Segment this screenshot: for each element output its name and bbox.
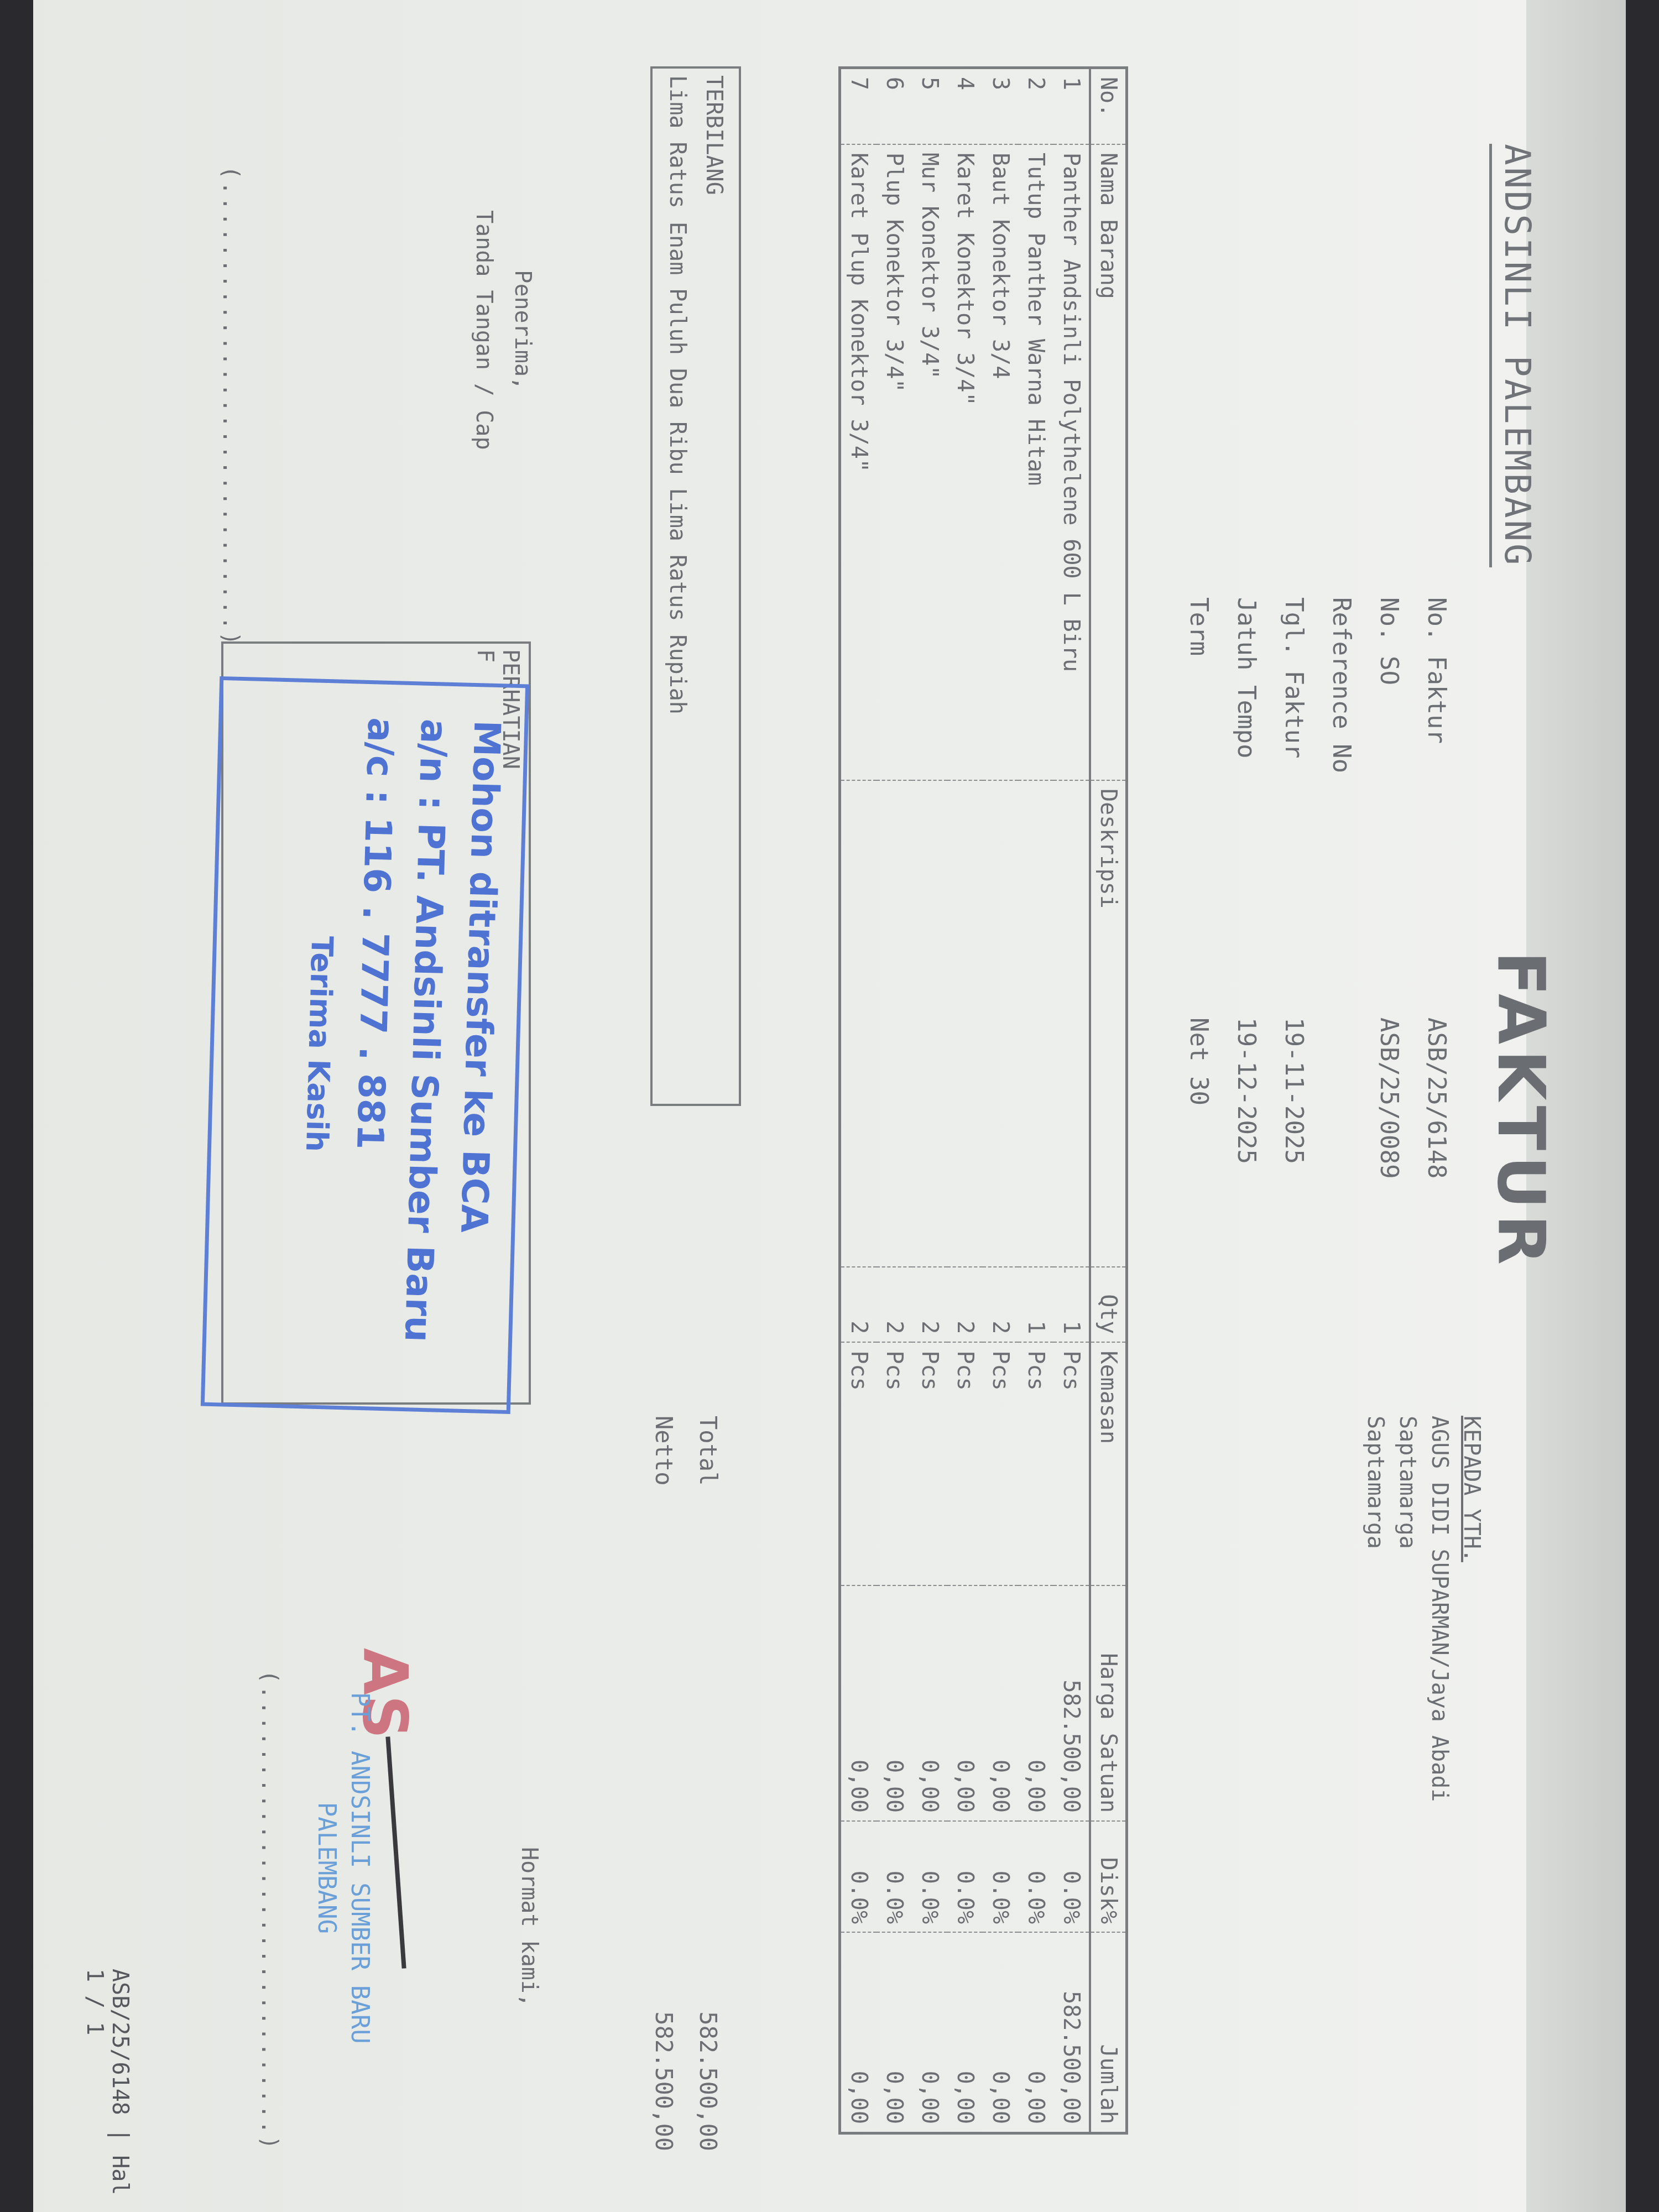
- col-disk: Disk%: [1090, 1821, 1127, 1932]
- col-no: No.: [1090, 68, 1127, 144]
- table-row: 7Karet Plup Konektor 3/4"2Pcs0,000.0%0,0…: [840, 68, 877, 2133]
- recipient-address-2: Saptamarga: [1359, 1416, 1391, 1802]
- table-row: 5Mur Konektor 3/4"2Pcs0,000.0%0,00: [912, 68, 947, 2133]
- table-header-row: No. Nama Barang Deskripsi Qty Kemasan Ha…: [1090, 68, 1127, 2133]
- penerima-label: Penerima,: [503, 210, 542, 450]
- cell-kemasan: Pcs: [877, 1342, 912, 1585]
- invoice-paper: ANDSINLI PALEMBANG FAKTUR No. FakturASB/…: [33, 0, 1626, 2212]
- recipient-sign-line: (.............................): [218, 166, 243, 648]
- hormat-kami: Hormat kami,: [517, 1847, 542, 2007]
- col-harga-satuan: Harga Satuan: [1090, 1585, 1127, 1821]
- meta-row: Tgl. Faktur19-11-2025: [1270, 597, 1317, 1178]
- table-row: 4Karet Konektor 3/4"2Pcs0,000.0%0,00: [947, 68, 983, 2133]
- company-stamp: PT. ANDSINLI SUMBER BARU PALEMBANG: [310, 1692, 376, 2044]
- total-value: 582.500,00: [686, 2011, 730, 2151]
- terbilang-label: TERBILANG: [696, 75, 732, 1097]
- cell-disk: 0.0%: [877, 1821, 912, 1932]
- meta-label: Tgl. Faktur: [1270, 597, 1317, 1018]
- cell-jumlah: 0,00: [912, 1932, 947, 2133]
- company-stamp-line: PT. ANDSINLI SUMBER BARU: [343, 1692, 376, 2044]
- cell-kemasan: Pcs: [840, 1342, 877, 1585]
- cell-disk: 0.0%: [1018, 1821, 1053, 1932]
- cell-qty: 1: [1018, 1267, 1053, 1342]
- terbilang-text: Lima Ratus Enam Puluh Dua Ribu Lima Ratu…: [659, 75, 696, 1097]
- cell-deskripsi: [877, 780, 912, 1267]
- cell-qty: 2: [912, 1267, 947, 1342]
- cell-no: 6: [877, 68, 912, 144]
- cell-disk: 0.0%: [840, 1821, 877, 1932]
- items-table: No. Nama Barang Deskripsi Qty Kemasan Ha…: [838, 66, 1128, 2135]
- recipient-address-1: Saptamarga: [1391, 1416, 1423, 1802]
- cell-no: 2: [1018, 68, 1053, 144]
- penerima-sub: Tanda Tangan / Cap: [465, 210, 503, 450]
- table-row: 2Tutup Panther Warna Hitam1Pcs0,000.0%0,…: [1018, 68, 1053, 2133]
- cell-disk: 0.0%: [912, 1821, 947, 1932]
- cell-jumlah: 0,00: [840, 1932, 877, 2133]
- meta-value: Net 30: [1175, 1018, 1222, 1105]
- cell-harga: 0,00: [983, 1585, 1018, 1821]
- col-kemasan: Kemasan: [1090, 1342, 1127, 1585]
- cell-jumlah: 0,00: [877, 1932, 912, 2133]
- table-row: 3Baut Konektor 3/42Pcs0,000.0%0,00: [983, 68, 1018, 2133]
- netto-label: Netto: [641, 1416, 686, 1485]
- cell-harga: 0,00: [947, 1585, 983, 1821]
- meta-value: ASB/25/6148: [1412, 1018, 1460, 1178]
- cell-kemasan: Pcs: [912, 1342, 947, 1585]
- cell-kemasan: Pcs: [983, 1342, 1018, 1585]
- cell-jumlah: 582.500,00: [1053, 1932, 1090, 2133]
- netto-row: Netto582.500,00: [641, 1416, 686, 2151]
- cell-nama-barang: Karet Konektor 3/4": [947, 144, 983, 780]
- meta-row: Reference No: [1317, 597, 1365, 1178]
- meta-row: TermNet 30: [1175, 597, 1222, 1178]
- cell-deskripsi: [840, 780, 877, 1267]
- meta-label: Term: [1175, 597, 1222, 1018]
- total-row: Total582.500,00: [686, 1416, 730, 2151]
- cell-deskripsi: [983, 780, 1018, 1267]
- col-qty: Qty: [1090, 1267, 1127, 1342]
- cell-qty: 2: [947, 1267, 983, 1342]
- table-row: 1Panther Andsinli Polythelene 600 L Biru…: [1053, 68, 1090, 2133]
- company-stamp-city: PALEMBANG: [310, 1692, 343, 2044]
- total-label: Total: [686, 1416, 730, 1485]
- meta-label: No. SO: [1365, 597, 1412, 1018]
- cell-jumlah: 0,00: [947, 1932, 983, 2133]
- meta-label: No. Faktur: [1412, 597, 1460, 1018]
- cell-harga: 582.500,00: [1053, 1585, 1090, 1821]
- cell-no: 7: [840, 68, 877, 144]
- company-name: ANDSINLI PALEMBANG: [1489, 144, 1537, 567]
- sender-sign-line: (.............................): [257, 1670, 282, 2152]
- invoice-meta: No. FakturASB/25/6148 No. SOASB/25/0089 …: [1175, 597, 1460, 1178]
- cell-disk: 0.0%: [983, 1821, 1018, 1932]
- recipient-block: KEPADA YTH. AGUS DIDI SUPARMAN/Jaya Abad…: [1359, 1416, 1488, 1802]
- invoice-document: ANDSINLI PALEMBANG FAKTUR No. FakturASB/…: [33, 0, 1626, 2212]
- recipient-heading: KEPADA YTH.: [1455, 1416, 1488, 1802]
- cell-qty: 2: [983, 1267, 1018, 1342]
- cell-harga: 0,00: [877, 1585, 912, 1821]
- cell-nama-barang: Tutup Panther Warna Hitam: [1018, 144, 1053, 780]
- cell-jumlah: 0,00: [983, 1932, 1018, 2133]
- table-row: 6Plup Konektor 3/4"2Pcs0,000.0%0,00: [877, 68, 912, 2133]
- signature-icon: [385, 1736, 406, 1969]
- cell-disk: 0.0%: [947, 1821, 983, 1932]
- meta-row: Jatuh Tempo19-12-2025: [1222, 597, 1270, 1178]
- meta-row: No. FakturASB/25/6148: [1412, 597, 1460, 1178]
- meta-value: 19-12-2025: [1222, 1018, 1270, 1164]
- cell-nama-barang: Plup Konektor 3/4": [877, 144, 912, 780]
- meta-label: Jatuh Tempo: [1222, 597, 1270, 1018]
- cell-no: 1: [1053, 68, 1090, 144]
- cell-jumlah: 0,00: [1018, 1932, 1053, 2133]
- cell-qty: 2: [877, 1267, 912, 1342]
- cell-deskripsi: [947, 780, 983, 1267]
- cell-deskripsi: [912, 780, 947, 1267]
- cell-no: 3: [983, 68, 1018, 144]
- meta-value: ASB/25/0089: [1365, 1018, 1412, 1178]
- cell-no: 5: [912, 68, 947, 144]
- cell-nama-barang: Panther Andsinli Polythelene 600 L Biru: [1053, 144, 1090, 780]
- meta-value: 19-11-2025: [1270, 1018, 1317, 1164]
- col-jumlah: Jumlah: [1090, 1932, 1127, 2133]
- meta-label: Reference No: [1317, 597, 1365, 1018]
- cell-deskripsi: [1053, 780, 1090, 1267]
- bank-transfer-stamp: Mohon ditransfer ke BCA a/n : PT. Andsin…: [201, 676, 529, 1414]
- terbilang-box: TERBILANG Lima Ratus Enam Puluh Dua Ribu…: [650, 66, 741, 1106]
- cell-kemasan: Pcs: [947, 1342, 983, 1585]
- cell-nama-barang: Mur Konektor 3/4": [912, 144, 947, 780]
- col-deskripsi: Deskripsi: [1090, 780, 1127, 1267]
- recipient-signature: Penerima, Tanda Tangan / Cap: [465, 210, 542, 450]
- page-footer: ASB/25/6148 | Hal 1 / 1: [82, 1969, 133, 2212]
- recipient-name: AGUS DIDI SUPARMAN/Jaya Abadi: [1423, 1416, 1455, 1802]
- netto-value: 582.500,00: [641, 2011, 686, 2151]
- cell-nama-barang: Karet Plup Konektor 3/4": [840, 144, 877, 780]
- cell-deskripsi: [1018, 780, 1053, 1267]
- cell-no: 4: [947, 68, 983, 144]
- cell-nama-barang: Baut Konektor 3/4: [983, 144, 1018, 780]
- cell-disk: 0.0%: [1053, 1821, 1090, 1932]
- cell-qty: 2: [840, 1267, 877, 1342]
- cell-harga: 0,00: [912, 1585, 947, 1821]
- totals-block: Total582.500,00 Netto582.500,00: [641, 1416, 730, 2151]
- cell-qty: 1: [1053, 1267, 1090, 1342]
- col-nama-barang: Nama Barang: [1090, 144, 1127, 780]
- cell-kemasan: Pcs: [1018, 1342, 1053, 1585]
- cell-harga: 0,00: [840, 1585, 877, 1821]
- cell-harga: 0,00: [1018, 1585, 1053, 1821]
- cell-kemasan: Pcs: [1053, 1342, 1090, 1585]
- document-title: FAKTUR: [1483, 951, 1559, 1270]
- meta-row: No. SOASB/25/0089: [1365, 597, 1412, 1178]
